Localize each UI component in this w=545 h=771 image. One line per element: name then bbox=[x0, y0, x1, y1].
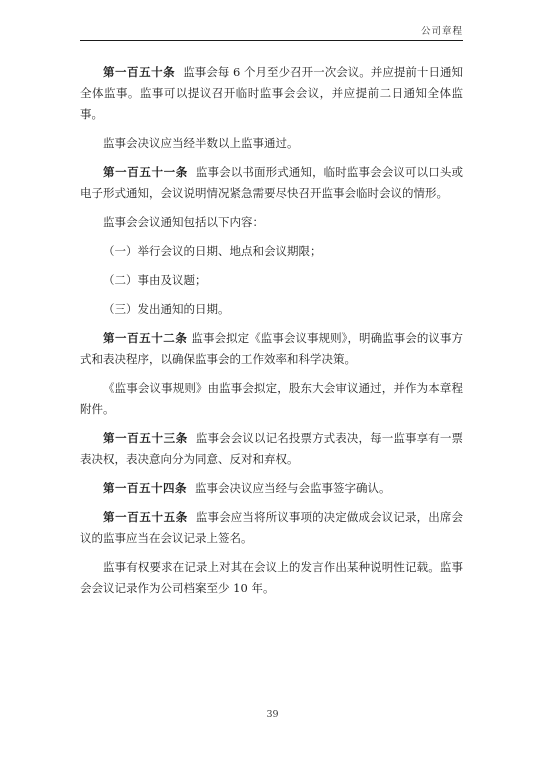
list-item-3: （三）发出通知的日期。 bbox=[80, 299, 463, 320]
body-paragraph: 《监事会议事规则》由监事会拟定，股东大会审议通过，并作为本章程附件。 bbox=[80, 378, 463, 420]
article-label: 第一百五十三条 bbox=[103, 431, 188, 445]
list-item-text: （三）发出通知的日期。 bbox=[103, 302, 230, 316]
header-title: 公司章程 bbox=[421, 26, 463, 37]
article-paragraph-153: 第一百五十三条监事会会议以记名投票方式表决，每一监事享有一票表决权，表决意向分为… bbox=[80, 428, 463, 470]
article-paragraph-152: 第一百五十二条监事会拟定《监事会议事规则》，明确监事会的议事方式和表决程序，以确… bbox=[80, 328, 463, 370]
article-paragraph-151: 第一百五十一条监事会以书面形式通知，临时监事会会议可以口头或电子形式通知，会议说… bbox=[80, 162, 463, 204]
article-label: 第一百五十五条 bbox=[103, 510, 188, 524]
article-label: 第一百五十二条 bbox=[103, 331, 187, 345]
article-label: 第一百五十一条 bbox=[103, 165, 188, 179]
body-paragraph: 监事会会议通知包括以下内容： bbox=[80, 212, 463, 233]
body-paragraph: 监事有权要求在记录上对其在会议上的发言作出某种说明性记载。监事会会议记录作为公司… bbox=[80, 557, 463, 599]
list-item-text: （一）举行会议的日期、地点和会议期限； bbox=[103, 244, 322, 258]
page-content: 第一百五十条监事会每 6 个月至少召开一次会议。并应提前十日通知全体监事。监事可… bbox=[80, 41, 463, 599]
article-paragraph-150: 第一百五十条监事会每 6 个月至少召开一次会议。并应提前十日通知全体监事。监事可… bbox=[80, 62, 463, 125]
paragraph-text: 监事会决议应当经半数以上监事通过。 bbox=[103, 136, 299, 150]
page-header: 公司章程 bbox=[80, 0, 463, 41]
article-paragraph-155: 第一百五十五条监事会应当将所议事项的决定做成会议记录，出席会议的监事应当在会议记… bbox=[80, 507, 463, 549]
paragraph-text: 监事会会议通知包括以下内容： bbox=[103, 215, 264, 229]
article-paragraph-154: 第一百五十四条监事会决议应当经与会监事签字确认。 bbox=[80, 478, 463, 499]
list-item-1: （一）举行会议的日期、地点和会议期限； bbox=[80, 241, 463, 262]
article-label: 第一百五十四条 bbox=[103, 481, 187, 495]
list-item-text: （二）事由及议题； bbox=[103, 273, 207, 287]
article-label: 第一百五十条 bbox=[103, 65, 175, 79]
page-number: 39 bbox=[266, 709, 278, 720]
list-item-2: （二）事由及议题； bbox=[80, 270, 463, 291]
paragraph-text: 《监事会议事规则》由监事会拟定，股东大会审议通过，并作为本章程附件。 bbox=[80, 381, 463, 416]
page-footer: 39 bbox=[0, 709, 545, 720]
article-text: 监事会决议应当经与会监事签字确认。 bbox=[195, 481, 391, 495]
body-paragraph: 监事会决议应当经半数以上监事通过。 bbox=[80, 133, 463, 154]
document-page: 公司章程 第一百五十条监事会每 6 个月至少召开一次会议。并应提前十日通知全体监… bbox=[0, 0, 545, 771]
paragraph-text: 监事有权要求在记录上对其在会议上的发言作出某种说明性记载。监事会会议记录作为公司… bbox=[80, 560, 463, 595]
